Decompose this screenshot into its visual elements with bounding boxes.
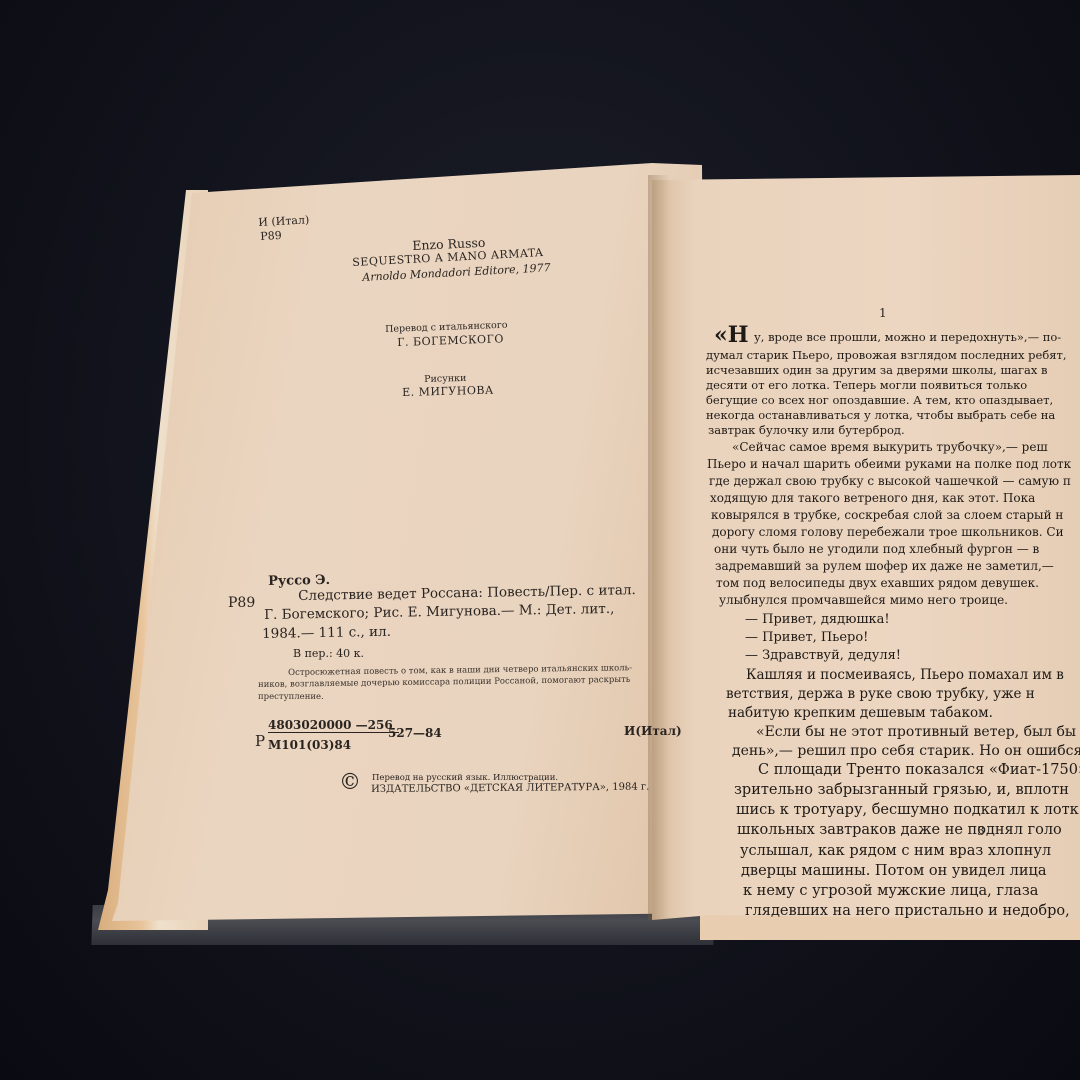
copyright-line-1: Перевод на русский язык. Иллюстрации. bbox=[372, 773, 558, 783]
text-line: набитую крепким дешевым табаком. bbox=[728, 705, 993, 721]
text-line: задремавший за рулем шофер их даже не за… bbox=[715, 559, 1054, 573]
illustrations-label: Рисунки bbox=[424, 373, 467, 385]
dialogue-line: — Здравствуй, дедуля! bbox=[745, 648, 901, 663]
text-line: дверцы машины. Потом он увидел лица bbox=[741, 863, 1046, 879]
index-class-right: И(Итал) bbox=[624, 724, 682, 738]
text-line: завтрак булочку или бутерброд. bbox=[708, 423, 905, 437]
text-line: Пьеро и начал шарить обеими руками на по… bbox=[707, 457, 1071, 471]
catalog-margin-code: Р89 bbox=[228, 595, 255, 611]
text-line: дорогу сломя голову перебежали трое школ… bbox=[712, 525, 1064, 539]
text-line: день»,— решил про себя старик. Но он оши… bbox=[732, 743, 1080, 759]
catalog-line-3: 1984.— 111 с., ил. bbox=[262, 624, 391, 642]
annotation-line-3: преступление. bbox=[258, 692, 324, 702]
text-line: шись к тротуару, бесшумно подкатил к лот… bbox=[736, 802, 1079, 818]
text-line: школьных завтраков даже не поднял голо bbox=[737, 822, 1062, 838]
dialogue-line: — Привет, Пьеро! bbox=[745, 630, 868, 645]
text-line: Кашляя и посмеиваясь, Пьеро помахал им в bbox=[746, 667, 1064, 683]
text-line: к нему с угрозой мужские лица, глаза bbox=[743, 883, 1038, 899]
index-numerator: 4803020000 —256 bbox=[268, 718, 399, 733]
text-line: том под велосипеды двух ехавших рядом де… bbox=[716, 576, 1039, 590]
text-line: где держал свою трубку с высокой чашечко… bbox=[709, 474, 1071, 488]
illustrator-name: Е. МИГУНОВА bbox=[402, 384, 494, 399]
text-line: С площади Тренто показался «Фиат-1750» bbox=[758, 762, 1080, 778]
text-line: десяти от его лотка. Теперь могли появит… bbox=[706, 378, 1027, 392]
page-number: 3 bbox=[977, 824, 985, 838]
chapter-number: 1 bbox=[879, 306, 887, 320]
text-line: «Сейчас самое время выкурить трубочку»,—… bbox=[732, 440, 1048, 454]
text-line: ковырялся в трубке, соскребая слой за сл… bbox=[711, 508, 1063, 522]
text-line: бегущие со всех ног опоздавшие. А тем, к… bbox=[706, 393, 1053, 407]
class-code: И (Итал) bbox=[258, 213, 310, 229]
catalog-price: В пер.: 40 к. bbox=[293, 647, 364, 660]
text-line: у, вроде все прошли, можно и передохнуть… bbox=[754, 330, 1061, 344]
index-suffix: 527—84 bbox=[388, 726, 442, 740]
catalog-author-heading: Руссо Э. bbox=[268, 573, 330, 589]
text-line: услышал, как рядом с ним враз хлопнул bbox=[740, 843, 1051, 859]
copyright-icon: © bbox=[339, 770, 361, 795]
text-line: они чуть было не угодили под хлебный фур… bbox=[714, 542, 1039, 556]
text-line: ветствия, держа в руке свою трубку, уже … bbox=[726, 686, 1035, 702]
shelf-code: Р89 bbox=[260, 229, 282, 243]
text-line: глядевших на него пристально и недобро, bbox=[745, 903, 1070, 919]
text-line: зрительно забрызганный грязью, и, вплотн bbox=[734, 782, 1069, 798]
book-gutter bbox=[648, 175, 670, 920]
drop-cap: «Н bbox=[714, 322, 749, 348]
dialogue-line: — Привет, дядюшка! bbox=[745, 612, 890, 627]
index-denominator: М101(03)84 bbox=[268, 738, 351, 752]
text-line: исчезавших один за другим за дверями шко… bbox=[706, 363, 1048, 377]
text-line: некогда останавливаться у лотка, чтобы в… bbox=[706, 408, 1055, 422]
text-line: думал старик Пьеро, провожая взглядом по… bbox=[706, 348, 1067, 362]
text-line: ходящую для такого ветреного дня, как эт… bbox=[710, 491, 1035, 505]
text-line: «Если бы не этот противный ветер, был бы bbox=[756, 724, 1076, 740]
index-prefix: Р bbox=[255, 732, 265, 750]
text-line: улыбнулся промчавшейся мимо него троице. bbox=[719, 593, 1008, 607]
